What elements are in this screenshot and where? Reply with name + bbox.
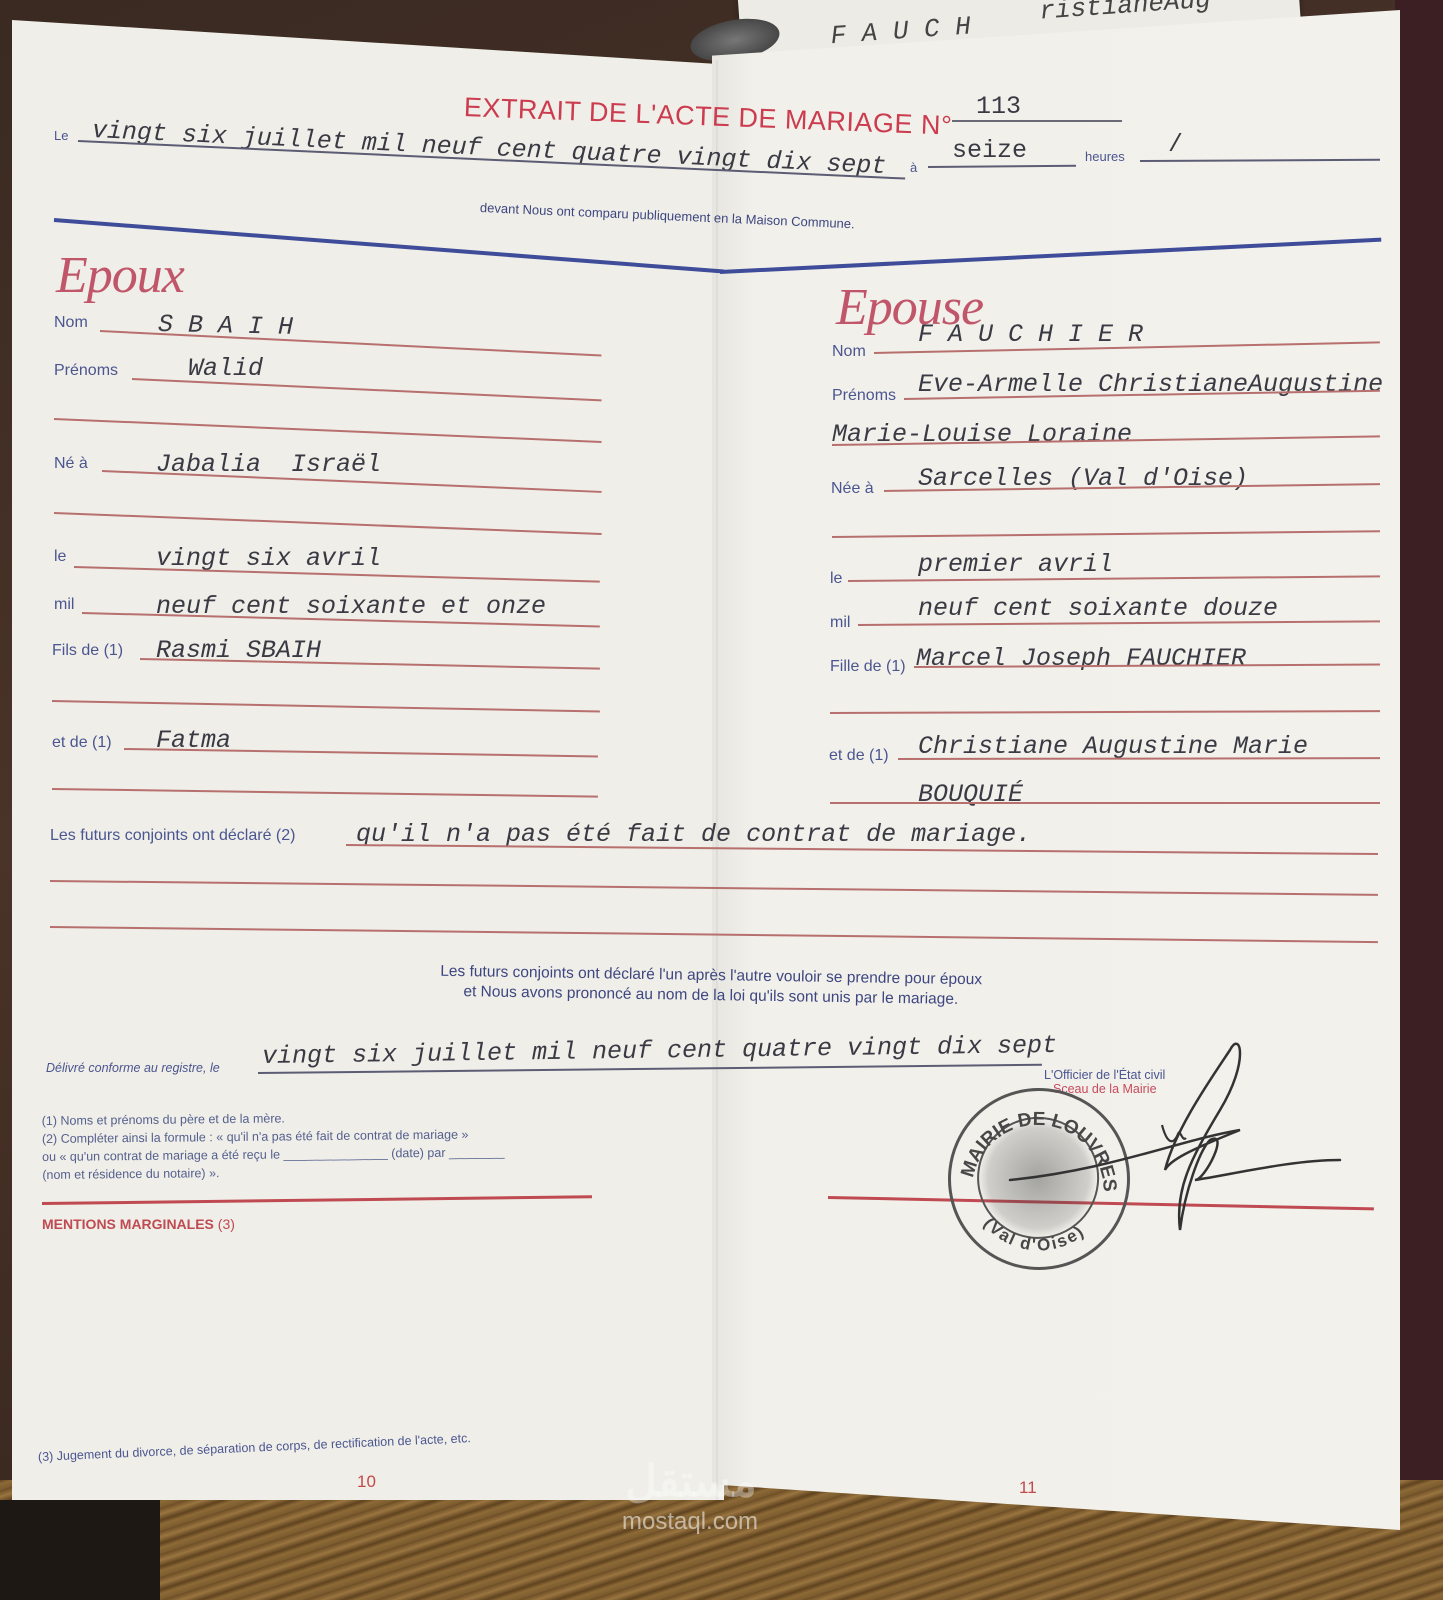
epouse-nom-label: Nom (832, 343, 866, 361)
epouse-mil-value: neuf cent soixante douze (918, 594, 1278, 623)
epouse-prenoms-label: Prénoms (832, 387, 896, 405)
footnotes: (1) Noms et prénoms du père et de la mèr… (42, 1107, 505, 1184)
epouse-mil-label: mil (830, 614, 850, 632)
epoux-le-label: le (54, 548, 66, 566)
epouse-le-label: le (830, 570, 842, 588)
le-label: Le (54, 128, 68, 143)
a-label: à (910, 160, 917, 175)
act-hour: seize (952, 136, 1027, 165)
book-cover-edge (1395, 0, 1443, 1600)
right-page (712, 10, 1400, 1530)
watermark-text: mostaql.com (622, 1508, 758, 1536)
heures-label: heures (1085, 149, 1125, 164)
mentions-marginales-heading: MENTIONS MARGINALES (3) (42, 1216, 235, 1232)
epoux-prenoms-value: Walid (188, 354, 263, 383)
epoux-nom-label: Nom (54, 314, 88, 332)
page-fold (716, 60, 720, 1500)
epoux-et-de-label: et de (1) (52, 734, 112, 752)
officer-signature-icon (990, 1030, 1350, 1240)
table-shadow (0, 1500, 160, 1600)
watermark-logo: مستقل (625, 1456, 757, 1507)
epoux-fils-de-label: Fils de (1) (52, 642, 123, 660)
epoux-ne-a-label: Né à (54, 455, 88, 473)
act-minutes: / (1168, 130, 1183, 159)
epouse-le-value: premier avril (918, 550, 1113, 579)
epouse-nee-a-label: Née à (831, 480, 874, 498)
back-sheet-text-2: ristianeAug (1038, 0, 1211, 27)
mentions-marginales-label: MENTIONS MARGINALES (42, 1216, 214, 1232)
delivery-label: Délivré conforme au registre, le (46, 1061, 220, 1075)
epouse-et-de-line-2 (830, 802, 1380, 804)
mentions-marginales-ref: (3) (218, 1216, 235, 1232)
epouse-fille-de-label: Fille de (1) (830, 658, 906, 676)
epoux-heading: Epoux (56, 246, 184, 305)
epouse-fille-de-value: Marcel Joseph FAUCHIER (916, 644, 1246, 673)
epouse-et-de-label: et de (1) (829, 747, 889, 765)
page-number-right: 11 (1019, 1478, 1037, 1498)
act-number: 113 (976, 92, 1021, 121)
declaration-label: Les futurs conjoints ont déclaré (2) (50, 827, 295, 845)
page-number-left: 10 (357, 1472, 376, 1492)
epouse-nom-value: F A U C H I E R (918, 320, 1143, 349)
epoux-prenoms-label: Prénoms (54, 362, 118, 380)
act-number-line (952, 120, 1122, 122)
epouse-et-de-value-2: BOUQUIÉ (918, 780, 1023, 809)
epoux-mil-label: mil (54, 596, 74, 614)
